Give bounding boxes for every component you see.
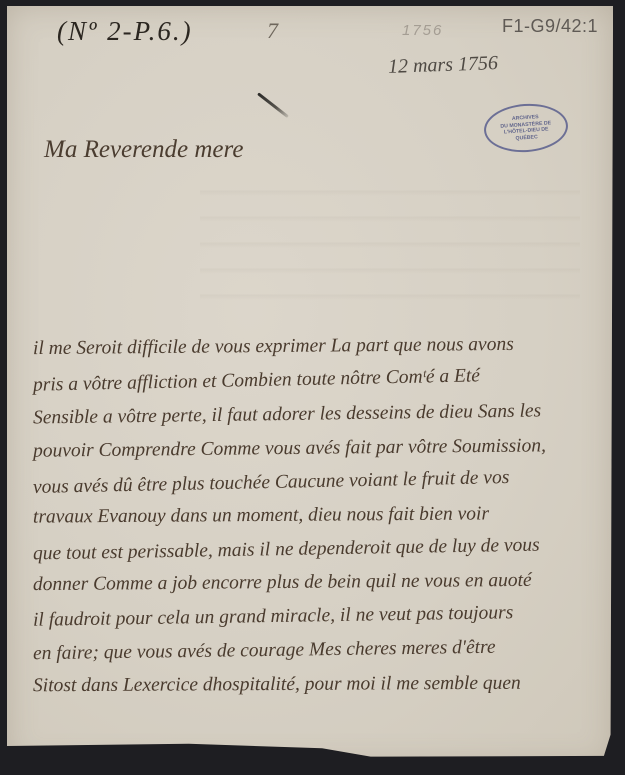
salutation: Ma Reverende mere [44,136,243,164]
letter-line: il me Seroit difficile de vous exprimer … [33,334,514,360]
ink-bleed-through [200,170,580,320]
reference-number: (Nº 2-P.6.) [57,16,193,47]
letter-line: donner Comme a job encorre plus de bein … [33,570,532,596]
pencil-year-annotation: 1756 [402,22,443,39]
stamp-line: QUÉBEC [515,134,538,142]
letter-line: travaux Evanouy dans un moment, dieu nou… [33,503,489,528]
folio-number: 7 [267,18,278,44]
archive-reference: F1-G9/42:1 [502,16,598,37]
letter-date: 12 mars 1756 [388,52,499,79]
letter-line: Sitost dans Lexercice dhospitalité, pour… [33,673,521,698]
